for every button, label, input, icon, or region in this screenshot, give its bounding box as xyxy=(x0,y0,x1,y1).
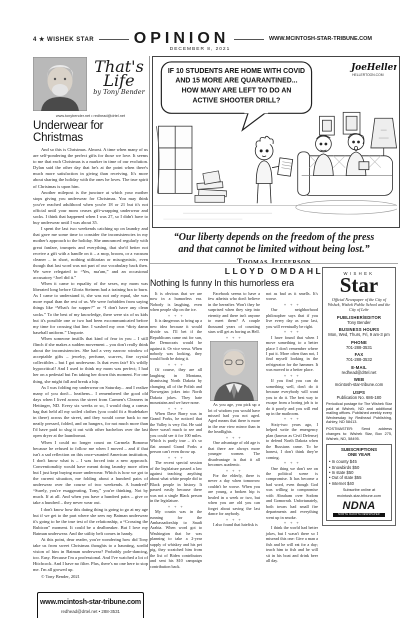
picture-frames-drawing xyxy=(319,112,360,135)
masthead-value: Publication No. 686-180 xyxy=(326,395,392,400)
masthead-box: WISHEK Star Official Newspaper of the Ci… xyxy=(322,267,396,526)
paragraph: If you find you can do something well, d… xyxy=(266,378,318,416)
masthead-value: Tony Bender xyxy=(326,320,392,325)
masthead-value: Mon, Wed, Thurs, Fri, 9 am-3 pm xyxy=(326,332,392,337)
bubble-line-2: AND 15 MORE ARE QUARANTINED... xyxy=(175,78,297,85)
paragraph: When it came to equality of the sexes, m… xyxy=(33,281,148,336)
paragraph: I spent the last two weekends catching u… xyxy=(33,226,148,281)
paragraph: I don't know how this dating thing is go… xyxy=(33,507,148,537)
official-newspaper-text: Official Newspaper of the City of Wishek… xyxy=(326,297,392,312)
paragraph: Our neighborhood philosopher says that i… xyxy=(266,307,318,329)
subscribe-online-1: Subscribe online at xyxy=(329,488,389,493)
paragraph: As I was folding my underwear on Saturda… xyxy=(33,385,148,440)
bubble-line-4: ACTIVE SHOOTER DRILL? xyxy=(193,97,281,104)
website-flag: WWW.MCINTOSH-STAR-TRIBUNE.COM xyxy=(269,36,372,42)
masthead-value: redhead@drtel.net xyxy=(326,370,392,375)
postal-notice: Periodical postage for The Wishek Star p… xyxy=(326,402,392,425)
subscription-ad: www.mcintosh-star-tribune.com redhead@dr… xyxy=(37,592,144,618)
paragraph: As you age, you pick up a lot of wisdom … xyxy=(208,402,260,435)
cartoonist-signature: JoeHeller xyxy=(349,63,397,73)
tony-bender-photo xyxy=(33,57,87,111)
lloyd-omdahl-photo xyxy=(210,341,258,401)
subscriptions-subtitle: ONE YEAR xyxy=(329,452,389,457)
thats-life-column: That's Life by Tony Bender www.tonybende… xyxy=(33,57,148,618)
paragraph: When Dave Barry was in Grand Forks, he n… xyxy=(150,411,202,455)
subscription-rate: • Internet $40 xyxy=(329,481,389,486)
paragraph: Sixty-two years ago, I helped write the … xyxy=(266,422,318,460)
omdahl-headline: Nothing Is funny In this humorless era xyxy=(150,278,320,288)
paragraph: One advantage of old age is that there a… xyxy=(208,440,260,467)
paragraph: It is obvious that we are now in a humor… xyxy=(150,291,202,313)
speech-bubble: IF 10 STUDENTS ARE HOME WITH COVID AND 1… xyxy=(161,62,311,130)
paragraph: Another milepost is the juncture at whic… xyxy=(33,190,148,227)
paragraph: It is dangerous to bring up a new idea b… xyxy=(150,318,202,362)
omdahl-column-3: not as bad as it smells. It's worse.+ + … xyxy=(266,291,318,569)
paragraph: When I could no longer count on Carmela … xyxy=(33,440,148,507)
paragraph: And so this is Christmas. Almost. A time… xyxy=(33,147,148,190)
rug-drawing xyxy=(296,200,397,214)
item-separator: + + + xyxy=(208,335,260,340)
page-header: 4 ★ WISHEK STAR OPINION WWW.MCINTOSH-STA… xyxy=(33,30,372,48)
masthead-star-logo: Star xyxy=(326,276,392,295)
subscriptions-box: SUBSCRIPTIONS ONE YEAR • In county $45• … xyxy=(326,444,392,521)
ad-contact: redhead@drtel.net • 288-3531 xyxy=(40,609,141,614)
paragraph: One thing we don't see on the political … xyxy=(266,466,318,521)
ndna-association-bar: NORTH DAKOTA NEWSPAPER ASSOCIATION xyxy=(333,513,385,517)
omdahl-column-1: It is obvious that we are now in a humor… xyxy=(150,291,202,569)
paragraph: I think the world had better jokes, but … xyxy=(266,525,318,563)
article-headline: Underwear for Christmas xyxy=(33,120,148,144)
paragraph: Facebook seems to have a few atheists wh… xyxy=(208,291,260,335)
editorial-cartoon: IF 10 STUDENTS ARE HOME WITH COVID AND 1… xyxy=(152,56,400,228)
author-contact-line: www.tonybender.net • redhead@drtel.net xyxy=(33,114,148,118)
ad-website: www.mcintosh-star-tribune.com xyxy=(40,599,141,606)
copyright-line: © Tony Bender, 2021 xyxy=(33,574,148,580)
header-rule-right xyxy=(234,39,264,40)
books-pile-drawing xyxy=(195,171,227,202)
logo-line2: Life xyxy=(90,74,148,88)
newspaper-opinion-page: 4 ★ WISHEK STAR OPINION WWW.MCINTOSH-STA… xyxy=(0,0,400,618)
paragraph: The recent special session of the legisl… xyxy=(150,460,202,504)
paragraph: I have found that when I move something … xyxy=(266,335,318,373)
paragraph: When someone instills that kind of fear … xyxy=(33,336,148,385)
masthead-value: 701-288-3531 xyxy=(326,345,392,350)
masthead-value: 701-288-3532 xyxy=(326,357,392,362)
omdahl-column-2: Facebook seems to have a few atheists wh… xyxy=(208,291,260,569)
masthead-value: mcintosh-star-tribune.com xyxy=(326,382,392,387)
bubble-line-3: HOW MANY ARE LEFT TO DO AN xyxy=(182,88,292,95)
quote-line1: “Our liberty depends on the freedom of t… xyxy=(150,232,398,244)
omdahl-article: It is obvious that we are now in a humor… xyxy=(150,291,318,569)
issue-date: DECEMBER 8, 2021 xyxy=(0,47,400,52)
column-masthead: That's Life by Tony Bender xyxy=(33,57,148,111)
article-body: And so this is Christmas. Almost. A time… xyxy=(33,147,148,574)
section-title: OPINION xyxy=(134,30,230,48)
paragraph: My cousin was in the running for the Amb… xyxy=(150,509,202,569)
bubble-line-1: IF 10 STUDENTS ARE HOME WITH COVID xyxy=(168,68,305,75)
subscription-rates: • In county $45• Snowbirds $50• In state… xyxy=(329,459,389,486)
paragraph: Of course, they are all laughing in Mont… xyxy=(150,367,202,405)
ndna-wordmark: NDNA xyxy=(329,501,389,512)
subscribe-online-2: mcintosh-star-tribune.com xyxy=(329,494,389,499)
paragraph: not as bad as it smells. It's worse. xyxy=(266,291,318,302)
quote-line2: and that cannot be limited without being… xyxy=(150,244,398,256)
paragraph: For the elderly, there is never a day wh… xyxy=(208,473,260,517)
page-number-flag: 4 ★ WISHEK STAR xyxy=(33,36,94,43)
window-drawing xyxy=(156,126,192,193)
ndna-logo: NDNA NORTH DAKOTA NEWSPAPER ASSOCIATION xyxy=(329,501,389,517)
byline: by Tony Bender xyxy=(90,88,148,96)
cartoonist-website: HELLERTOON.COM xyxy=(352,73,384,77)
paragraph: I also found that lutefisk is xyxy=(208,522,260,527)
masthead-sections: PUBLISHER/EDITORTony BenderBUSINESS HOUR… xyxy=(326,315,392,400)
thats-life-logo: That's Life by Tony Bender xyxy=(90,57,148,111)
section-rule xyxy=(150,263,398,264)
kid-with-paper-drawing xyxy=(255,136,292,203)
paragraph: At this point, dear reader, you're wonde… xyxy=(33,537,148,574)
header-rule-left xyxy=(99,39,129,40)
postmaster-notice: POSTMASTER: Send address changes to: Wis… xyxy=(326,427,392,441)
